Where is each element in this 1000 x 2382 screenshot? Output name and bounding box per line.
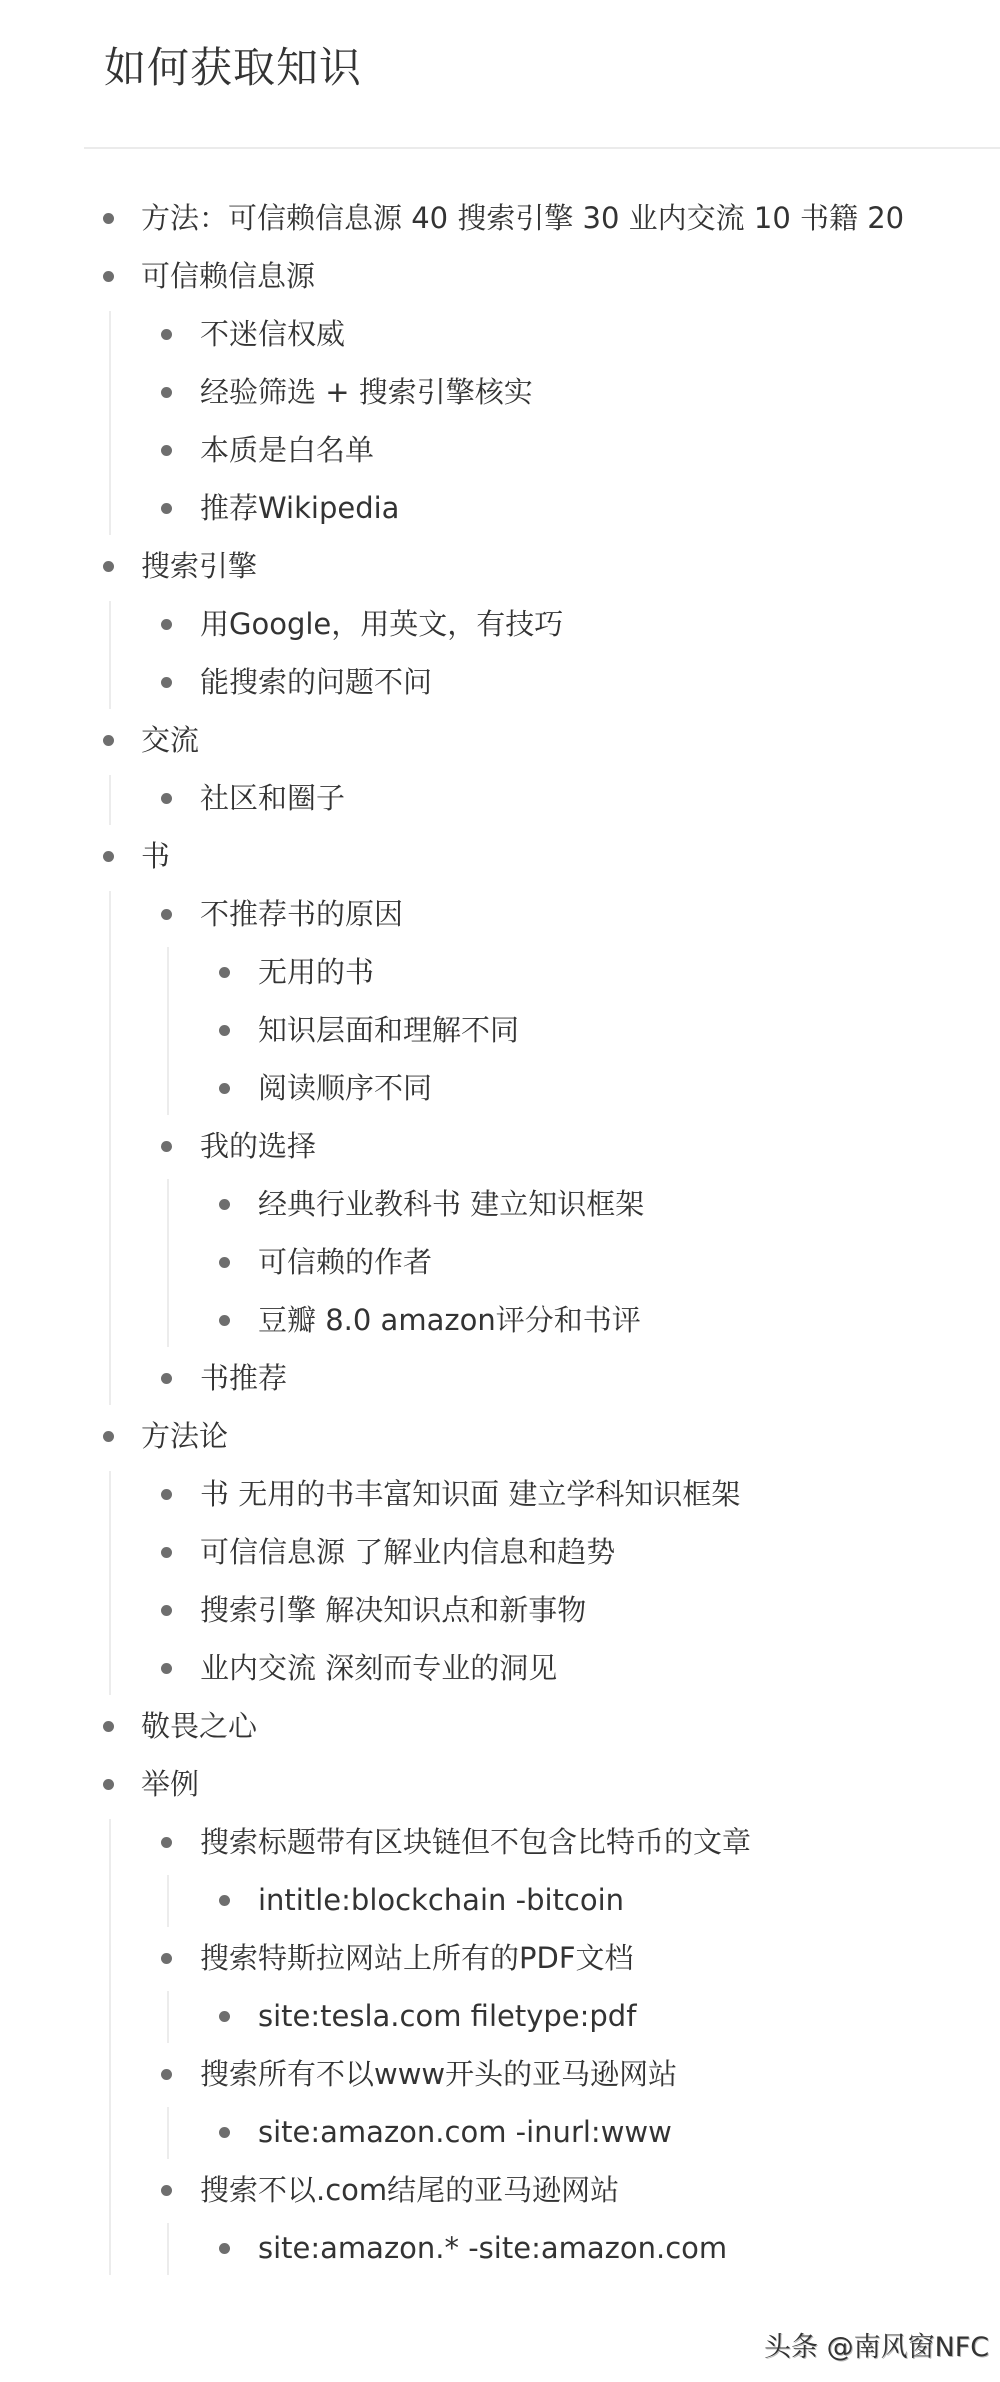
search-query-text: site:amazon.com -inurl:www — [258, 2103, 672, 2161]
outline-children: 社区和圈子 — [0, 769, 1000, 827]
outline-item-text: 搜索引擎 — [141, 537, 257, 595]
outline-item-text: 敬畏之心 — [141, 1697, 257, 1755]
bullet-icon[interactable] — [103, 561, 114, 572]
outline-row[interactable]: 本质是白名单 — [0, 421, 1000, 479]
title-divider — [84, 147, 1000, 149]
outline-children: 经典行业教科书 建立知识框架 可信赖的作者 豆瓣 8.0 amazon评分和书评 — [0, 1175, 1000, 1349]
bullet-icon[interactable] — [161, 677, 172, 688]
outline-row[interactable]: 书 — [0, 827, 1000, 885]
outline-item-text: 我的选择 — [200, 1117, 316, 1175]
outline-item-text: 能搜索的问题不问 — [200, 653, 432, 711]
outline-row[interactable]: 搜索引擎 解决知识点和新事物 — [0, 1581, 1000, 1639]
bullet-icon[interactable] — [103, 851, 114, 862]
outline-row[interactable]: site:tesla.com filetype:pdf — [0, 1987, 1000, 2045]
page-title: 如何获取知识 — [104, 38, 362, 98]
bullet-icon[interactable] — [219, 1199, 230, 1210]
search-query-text: intitle:blockchain -bitcoin — [258, 1871, 624, 1929]
outline-item: 无用的书 — [0, 943, 1000, 1001]
bullet-icon[interactable] — [161, 1837, 172, 1848]
watermark-text: 头条 @南风窗NFC — [764, 2330, 989, 2366]
outline-children: site:tesla.com filetype:pdf — [0, 1987, 1000, 2045]
outline-item: 搜索标题带有区块链但不包含比特币的文章 intitle:blockchain -… — [0, 1813, 1000, 1929]
outline-row[interactable]: 不迷信权威 — [0, 305, 1000, 363]
bullet-icon[interactable] — [161, 793, 172, 804]
outline-item-text: 方法论 — [141, 1407, 228, 1465]
bullet-icon[interactable] — [219, 1257, 230, 1268]
bullet-icon[interactable] — [103, 213, 114, 224]
outline-children: 书 无用的书丰富知识面 建立学科知识框架 可信信息源 了解业内信息和趋势 搜索引… — [0, 1465, 1000, 1697]
outline-children: 搜索标题带有区块链但不包含比特币的文章 intitle:blockchain -… — [0, 1813, 1000, 2277]
outline-row[interactable]: 豆瓣 8.0 amazon评分和书评 — [0, 1291, 1000, 1349]
outline-item-text: 书推荐 — [200, 1349, 287, 1407]
search-query-text: site:tesla.com filetype:pdf — [258, 1987, 636, 2045]
outline-item-text: 推荐Wikipedia — [200, 479, 399, 537]
bullet-icon[interactable] — [161, 1489, 172, 1500]
outline-row[interactable]: site:amazon.* -site:amazon.com — [0, 2219, 1000, 2277]
outline-item: site:amazon.com -inurl:www — [0, 2103, 1000, 2161]
outline-item: 敬畏之心 — [0, 1697, 1000, 1755]
outline-item-text: 交流 — [141, 711, 199, 769]
bullet-icon[interactable] — [219, 967, 230, 978]
outline-item-text: 经验筛选 + 搜索引擎核实 — [200, 363, 533, 421]
outline-row[interactable]: intitle:blockchain -bitcoin — [0, 1871, 1000, 1929]
outline-item: 能搜索的问题不问 — [0, 653, 1000, 711]
outline-children: 不迷信权威 经验筛选 + 搜索引擎核实 本质是白名单 推荐Wikipedia — [0, 305, 1000, 537]
outline-row[interactable]: 社区和圈子 — [0, 769, 1000, 827]
outline-item: 经典行业教科书 建立知识框架 — [0, 1175, 1000, 1233]
outline-item-text: 经典行业教科书 建立知识框架 — [258, 1175, 644, 1233]
bullet-icon[interactable] — [219, 2243, 230, 2254]
outline-item: 搜索不以.com结尾的亚马逊网站 site:amazon.* -site:ama… — [0, 2161, 1000, 2277]
outline-item: 阅读顺序不同 — [0, 1059, 1000, 1117]
outline-row[interactable]: 搜索标题带有区块链但不包含比特币的文章 — [0, 1813, 1000, 1871]
outline-row[interactable]: 知识层面和理解不同 — [0, 1001, 1000, 1059]
bullet-icon[interactable] — [161, 1953, 172, 1964]
outline-row[interactable]: 方法论 — [0, 1407, 1000, 1465]
outline-row[interactable]: 可信信息源 了解业内信息和趋势 — [0, 1523, 1000, 1581]
bullet-icon[interactable] — [103, 271, 114, 282]
bullet-icon[interactable] — [161, 909, 172, 920]
outline-item-text: 本质是白名单 — [200, 421, 374, 479]
bullet-icon[interactable] — [161, 2185, 172, 2196]
outline-item-text: 搜索标题带有区块链但不包含比特币的文章 — [200, 1813, 751, 1871]
bullet-icon[interactable] — [219, 2011, 230, 2022]
outline-item: 书 无用的书丰富知识面 建立学科知识框架 — [0, 1465, 1000, 1523]
bullet-icon[interactable] — [161, 329, 172, 340]
outline-row[interactable]: 搜索引擎 — [0, 537, 1000, 595]
bullet-icon[interactable] — [161, 387, 172, 398]
bullet-icon[interactable] — [161, 1547, 172, 1558]
outline-item: 方法论 书 无用的书丰富知识面 建立学科知识框架 可信信息源 了解业内信息和趋势… — [0, 1407, 1000, 1697]
outline-children: 无用的书 知识层面和理解不同 阅读顺序不同 — [0, 943, 1000, 1117]
outline-row[interactable]: 推荐Wikipedia — [0, 479, 1000, 537]
outline-row[interactable]: 方法：可信赖信息源 40 搜索引擎 30 业内交流 10 书籍 20 — [0, 189, 1000, 247]
outline-row[interactable]: 搜索不以.com结尾的亚马逊网站 — [0, 2161, 1000, 2219]
outline-item-text: 知识层面和理解不同 — [258, 1001, 519, 1059]
outline-item: 经验筛选 + 搜索引擎核实 — [0, 363, 1000, 421]
bullet-icon[interactable] — [161, 1663, 172, 1674]
outline-children: 不推荐书的原因 无用的书 知识层面和理解不同 阅读顺序不同 我的选择 经典行业教… — [0, 885, 1000, 1407]
outline-item: 推荐Wikipedia — [0, 479, 1000, 537]
outline-item-text: 举例 — [141, 1755, 199, 1813]
bullet-icon[interactable] — [161, 1141, 172, 1152]
outline-item-text: 用Google，用英文，有技巧 — [200, 595, 563, 653]
outline-row[interactable]: 用Google，用英文，有技巧 — [0, 595, 1000, 653]
outline-row[interactable]: 我的选择 — [0, 1117, 1000, 1175]
bullet-icon[interactable] — [161, 503, 172, 514]
bullet-icon[interactable] — [103, 1431, 114, 1442]
outline-row[interactable]: 书推荐 — [0, 1349, 1000, 1407]
outline-item-text: 搜索引擎 解决知识点和新事物 — [200, 1581, 586, 1639]
outline-row[interactable]: 可信赖信息源 — [0, 247, 1000, 305]
outline-item: 搜索所有不以www开头的亚马逊网站 site:amazon.com -inurl… — [0, 2045, 1000, 2161]
outline-item-text: 书 — [141, 827, 170, 885]
outline-item: 我的选择 经典行业教科书 建立知识框架 可信赖的作者 豆瓣 8.0 amazon… — [0, 1117, 1000, 1349]
outline-item: 不迷信权威 — [0, 305, 1000, 363]
outline-row[interactable]: 无用的书 — [0, 943, 1000, 1001]
outline-item-text: 搜索不以.com结尾的亚马逊网站 — [200, 2161, 619, 2219]
bullet-icon[interactable] — [161, 1605, 172, 1616]
outline-item: intitle:blockchain -bitcoin — [0, 1871, 1000, 1929]
outline-item: 书 不推荐书的原因 无用的书 知识层面和理解不同 阅读顺序不同 我的选择 经典行… — [0, 827, 1000, 1407]
bullet-icon[interactable] — [219, 2127, 230, 2138]
outline-row[interactable]: 可信赖的作者 — [0, 1233, 1000, 1291]
outline-item: 可信信息源 了解业内信息和趋势 — [0, 1523, 1000, 1581]
outline-row[interactable]: 经典行业教科书 建立知识框架 — [0, 1175, 1000, 1233]
outline-item: 本质是白名单 — [0, 421, 1000, 479]
outline-item: 业内交流 深刻而专业的洞见 — [0, 1639, 1000, 1697]
outline-item: 书推荐 — [0, 1349, 1000, 1407]
outline-children: intitle:blockchain -bitcoin — [0, 1871, 1000, 1929]
outline-children: 用Google，用英文，有技巧 能搜索的问题不问 — [0, 595, 1000, 711]
bullet-icon[interactable] — [161, 619, 172, 630]
outline-item-text: 书 无用的书丰富知识面 建立学科知识框架 — [200, 1465, 740, 1523]
outline-list: 方法：可信赖信息源 40 搜索引擎 30 业内交流 10 书籍 20 可信赖信息… — [0, 189, 1000, 2277]
outline-row[interactable]: 不推荐书的原因 — [0, 885, 1000, 943]
outline-item: 搜索引擎 解决知识点和新事物 — [0, 1581, 1000, 1639]
outline-item: 方法：可信赖信息源 40 搜索引擎 30 业内交流 10 书籍 20 — [0, 189, 1000, 247]
outline-item: 知识层面和理解不同 — [0, 1001, 1000, 1059]
outline-item: 不推荐书的原因 无用的书 知识层面和理解不同 阅读顺序不同 — [0, 885, 1000, 1117]
outline-item: site:tesla.com filetype:pdf — [0, 1987, 1000, 2045]
outline-item-text: 不推荐书的原因 — [200, 885, 403, 943]
outline-children: site:amazon.* -site:amazon.com — [0, 2219, 1000, 2277]
outline-level-1: 方法：可信赖信息源 40 搜索引擎 30 业内交流 10 书籍 20 可信赖信息… — [0, 189, 1000, 2277]
outline-children: site:amazon.com -inurl:www — [0, 2103, 1000, 2161]
outline-item-text: 搜索所有不以www开头的亚马逊网站 — [200, 2045, 677, 2103]
bullet-icon[interactable] — [161, 1373, 172, 1384]
bullet-icon[interactable] — [219, 1025, 230, 1036]
outline-row[interactable]: 举例 — [0, 1755, 1000, 1813]
outline-item: 交流 社区和圈子 — [0, 711, 1000, 827]
bullet-icon[interactable] — [103, 1779, 114, 1790]
outline-item: 社区和圈子 — [0, 769, 1000, 827]
outline-item: 搜索引擎 用Google，用英文，有技巧 能搜索的问题不问 — [0, 537, 1000, 711]
outline-row[interactable]: 阅读顺序不同 — [0, 1059, 1000, 1117]
outline-item-text: 阅读顺序不同 — [258, 1059, 432, 1117]
outline-item-text: 可信赖信息源 — [141, 247, 315, 305]
outline-item: 可信赖信息源 不迷信权威 经验筛选 + 搜索引擎核实 本质是白名单 推荐Wiki… — [0, 247, 1000, 537]
outline-item-text: 搜索特斯拉网站上所有的PDF文档 — [200, 1929, 634, 1987]
outline-row[interactable]: 业内交流 深刻而专业的洞见 — [0, 1639, 1000, 1697]
outline-row[interactable]: 敬畏之心 — [0, 1697, 1000, 1755]
bullet-icon[interactable] — [219, 1315, 230, 1326]
outline-item-text: 无用的书 — [258, 943, 374, 1001]
search-query-text: site:amazon.* -site:amazon.com — [258, 2219, 727, 2277]
bullet-icon[interactable] — [103, 735, 114, 746]
outline-item-text: 社区和圈子 — [200, 769, 345, 827]
outline-item: 举例 搜索标题带有区块链但不包含比特币的文章 intitle:blockchai… — [0, 1755, 1000, 2277]
bullet-icon[interactable] — [161, 2069, 172, 2080]
outline-item: 豆瓣 8.0 amazon评分和书评 — [0, 1291, 1000, 1349]
outline-row[interactable]: 书 无用的书丰富知识面 建立学科知识框架 — [0, 1465, 1000, 1523]
bullet-icon[interactable] — [161, 445, 172, 456]
outline-row[interactable]: 能搜索的问题不问 — [0, 653, 1000, 711]
outline-item-text: 方法：可信赖信息源 40 搜索引擎 30 业内交流 10 书籍 20 — [141, 189, 904, 247]
bullet-icon[interactable] — [103, 1721, 114, 1732]
outline-item: 搜索特斯拉网站上所有的PDF文档 site:tesla.com filetype… — [0, 1929, 1000, 2045]
outline-item: site:amazon.* -site:amazon.com — [0, 2219, 1000, 2277]
outline-row[interactable]: 搜索特斯拉网站上所有的PDF文档 — [0, 1929, 1000, 1987]
outline-item-text: 可信赖的作者 — [258, 1233, 432, 1291]
bullet-icon[interactable] — [219, 1083, 230, 1094]
outline-item-text: 业内交流 深刻而专业的洞见 — [200, 1639, 557, 1697]
bullet-icon[interactable] — [219, 1895, 230, 1906]
outline-item-text: 可信信息源 了解业内信息和趋势 — [200, 1523, 615, 1581]
outline-row[interactable]: 经验筛选 + 搜索引擎核实 — [0, 363, 1000, 421]
outline-row[interactable]: 交流 — [0, 711, 1000, 769]
outline-item-text: 不迷信权威 — [200, 305, 345, 363]
outline-row[interactable]: site:amazon.com -inurl:www — [0, 2103, 1000, 2161]
outline-row[interactable]: 搜索所有不以www开头的亚马逊网站 — [0, 2045, 1000, 2103]
outline-item: 用Google，用英文，有技巧 — [0, 595, 1000, 653]
outline-item: 可信赖的作者 — [0, 1233, 1000, 1291]
outline-item-text: 豆瓣 8.0 amazon评分和书评 — [258, 1291, 641, 1349]
